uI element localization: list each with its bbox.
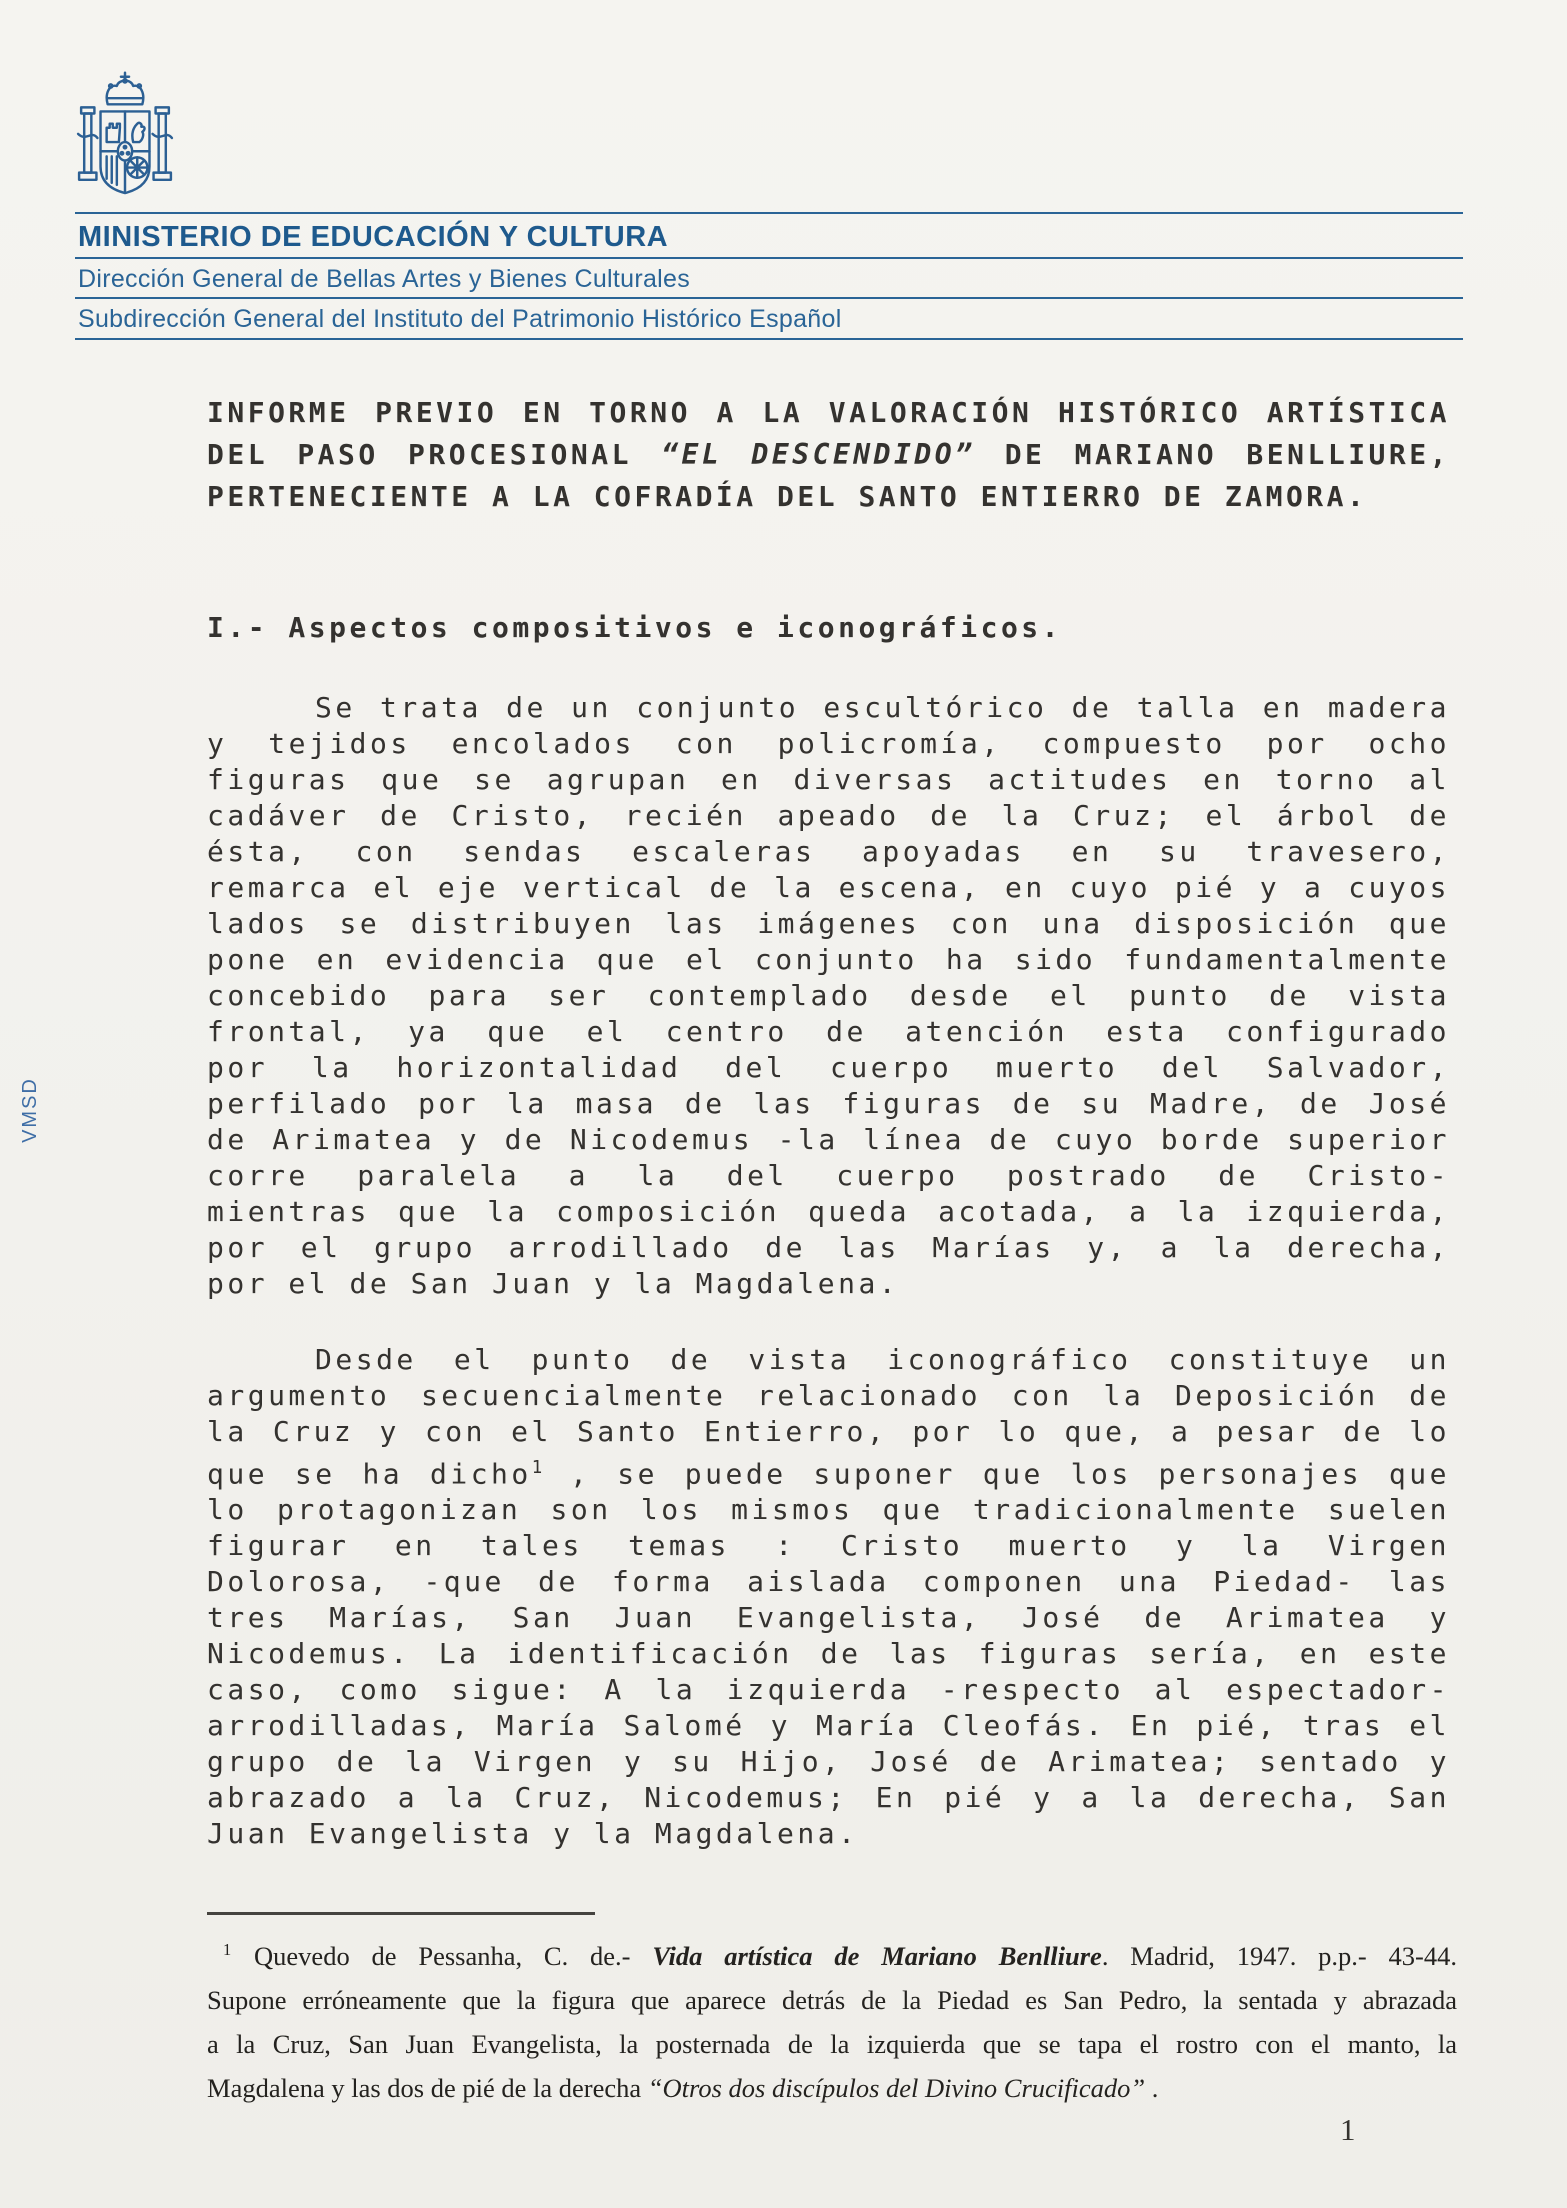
text-line: a la Cruz, San Juan Evangelista, la post… <box>207 2022 1457 2066</box>
subdirectorate-title: Subdirección General del Instituto del P… <box>78 300 842 338</box>
footnote-separator <box>207 1912 595 1915</box>
text-line: lo protagonizan son los mismos que tradi… <box>207 1492 1450 1528</box>
text-line: corre paralela a la del cuerpo postrado … <box>207 1158 1450 1194</box>
text-line: PERTENECIENTE A LA COFRADÍA DEL SANTO EN… <box>207 476 1450 518</box>
footnote-text: 1 Quevedo de Pessanha, C. de.- Vida artí… <box>207 1928 1457 2110</box>
text-line: INFORME PREVIO EN TORNO A LA VALORACIÓN … <box>207 392 1450 434</box>
text-line: frontal, ya que el centro de atención es… <box>207 1014 1450 1050</box>
text-line: pone en evidencia que el conjunto ha sid… <box>207 942 1450 978</box>
text-line: cadáver de Cristo, recién apeado de la C… <box>207 798 1450 834</box>
text-line: por el de San Juan y la Magdalena. <box>207 1266 1450 1302</box>
text-line: Supone erróneamente que la figura que ap… <box>207 1978 1457 2022</box>
letterhead-divider-2 <box>75 257 1463 259</box>
text-line: argumento secuencialmente relacionado co… <box>207 1378 1450 1414</box>
text-line: que se ha dicho1 , se puede suponer que … <box>207 1450 1450 1492</box>
text-line: 1 Quevedo de Pessanha, C. de.- Vida artí… <box>207 1928 1457 1978</box>
text-line: figuras que se agrupan en diversas actit… <box>207 762 1450 798</box>
letterhead-divider-top <box>75 212 1463 214</box>
body-paragraph-1: Se trata de un conjunto escultórico de t… <box>207 690 1450 1302</box>
text-line: DEL PASO PROCESIONAL “EL DESCENDIDO” DE … <box>207 434 1450 476</box>
text-line: abrazado a la Cruz, Nicodemus; En pié y … <box>207 1780 1450 1816</box>
text-line: concebido para ser contemplado desde el … <box>207 978 1450 1014</box>
text-line: perfilado por la masa de las figuras de … <box>207 1086 1450 1122</box>
text-line: Se trata de un conjunto escultórico de t… <box>207 690 1450 726</box>
text-line: grupo de la Virgen y su Hijo, José de Ar… <box>207 1744 1450 1780</box>
ministry-title: MINISTERIO DE EDUCACIÓN Y CULTURA <box>78 217 668 257</box>
report-title: INFORME PREVIO EN TORNO A LA VALORACIÓN … <box>207 392 1450 518</box>
text-line: Juan Evangelista y la Magdalena. <box>207 1816 1450 1852</box>
text-line: por la horizontalidad del cuerpo muerto … <box>207 1050 1450 1086</box>
section-heading: I.- Aspectos compositivos e iconográfico… <box>207 608 1450 648</box>
letterhead-divider-3 <box>75 297 1463 299</box>
directorate-title: Dirección General de Bellas Artes y Bien… <box>78 260 690 298</box>
text-line: caso, como sigue: A la izquierda -respec… <box>207 1672 1450 1708</box>
text-line: Magdalena y las dos de pié de la derecha… <box>207 2066 1457 2110</box>
letterhead-divider-bottom <box>75 338 1463 340</box>
text-line: la Cruz y con el Santo Entierro, por lo … <box>207 1414 1450 1450</box>
text-line: figurar en tales temas : Cristo muerto y… <box>207 1528 1450 1564</box>
text-line: lados se distribuyen las imágenes con un… <box>207 906 1450 942</box>
text-line: de Arimatea y de Nicodemus -la línea de … <box>207 1122 1450 1158</box>
text-line: Desde el punto de vista iconográfico con… <box>207 1342 1450 1378</box>
scanned-document-page: MINISTERIO DE EDUCACIÓN Y CULTURA Direcc… <box>0 0 1567 2208</box>
text-line: remarca el eje vertical de la escena, en… <box>207 870 1450 906</box>
spain-coat-of-arms-logo <box>74 70 176 208</box>
text-line: y tejidos encolados con policromía, comp… <box>207 726 1450 762</box>
body-paragraph-2: Desde el punto de vista iconográfico con… <box>207 1342 1450 1852</box>
margin-stamp-vmsd: VMSD <box>17 1058 43 1162</box>
text-line: arrodilladas, María Salomé y María Cleof… <box>207 1708 1450 1744</box>
text-line: Nicodemus. La identificación de las figu… <box>207 1636 1450 1672</box>
text-line: por el grupo arrodillado de las Marías y… <box>207 1230 1450 1266</box>
page-number: 1 <box>1340 2112 1356 2148</box>
text-line: ésta, con sendas escaleras apoyadas en s… <box>207 834 1450 870</box>
text-line: Dolorosa, -que de forma aislada componen… <box>207 1564 1450 1600</box>
text-line: tres Marías, San Juan Evangelista, José … <box>207 1600 1450 1636</box>
text-line: mientras que la composición queda acotad… <box>207 1194 1450 1230</box>
